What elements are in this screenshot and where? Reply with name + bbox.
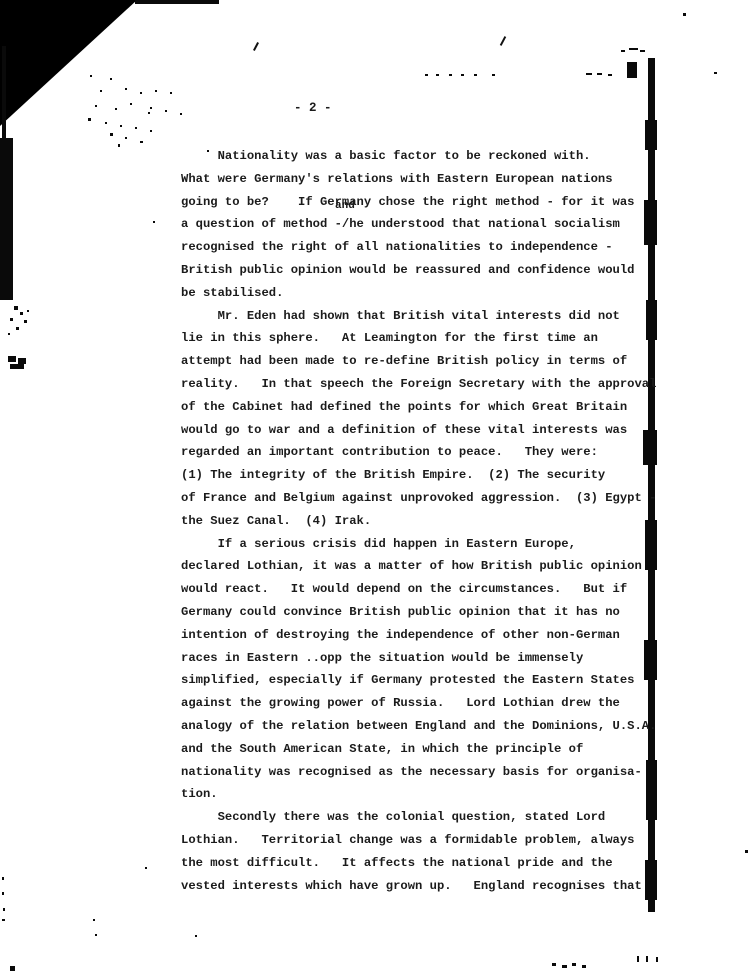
scan-speck — [436, 74, 439, 76]
scan-speck — [637, 956, 639, 962]
scan-speck — [8, 356, 16, 362]
document-body: Nationality was a basic factor to be rec… — [181, 145, 681, 897]
scan-speck — [150, 107, 152, 109]
scan-dash-mark — [621, 50, 625, 52]
scan-speck — [2, 892, 4, 895]
scan-speck — [88, 118, 91, 121]
scan-speck — [180, 113, 182, 115]
scan-speck — [145, 867, 147, 869]
text-line: recognised the right of all nationalitie… — [181, 236, 681, 259]
text-line: declared Lothian, it was a matter of how… — [181, 555, 681, 578]
scan-ink-blob — [627, 62, 637, 78]
scan-top-edge-strip — [135, 0, 219, 4]
scan-speck — [105, 122, 107, 124]
scan-speck — [24, 320, 27, 323]
scan-left-edge-bar — [0, 138, 13, 300]
text-line: would react. It would depend on the circ… — [181, 578, 681, 601]
text-line: of France and Belgium against unprovoked… — [181, 487, 681, 510]
scan-speck — [10, 966, 15, 971]
text-line: tion. — [181, 783, 681, 806]
scan-speck — [492, 74, 495, 76]
scan-speck — [16, 327, 19, 330]
scan-speck — [10, 318, 13, 321]
scan-speck — [745, 850, 748, 853]
scan-speck — [90, 75, 92, 77]
scan-slash-mark — [500, 36, 506, 46]
scan-speck — [93, 919, 95, 921]
text-line: of the Cabinet had defined the points fo… — [181, 396, 681, 419]
scan-speck — [140, 141, 143, 143]
text-line: against the growing power of Russia. Lor… — [181, 692, 681, 715]
scan-speck — [461, 74, 464, 76]
page-number: - 2 - — [294, 101, 332, 115]
scan-speck — [425, 74, 428, 76]
scan-speck — [449, 74, 452, 76]
scan-speck — [646, 956, 648, 962]
scan-speck — [110, 133, 113, 136]
scan-speck — [27, 310, 29, 312]
text-line: Mr. Eden had shown that British vital in… — [181, 305, 681, 328]
text-line: If a serious crisis did happen in Easter… — [181, 533, 681, 556]
scan-speck — [207, 150, 209, 152]
text-line: intention of destroying the independence… — [181, 624, 681, 647]
scan-speck — [125, 137, 127, 139]
scan-speck — [683, 13, 686, 16]
text-line: What were Germany's relations with Easte… — [181, 168, 681, 191]
scan-speck — [118, 144, 120, 147]
scan-left-edge-line — [2, 46, 6, 142]
text-line: be stabilised. — [181, 282, 681, 305]
text-line: going to be? If Germany chose the right … — [181, 191, 681, 214]
scan-speck — [562, 965, 567, 968]
scan-speck — [155, 90, 157, 92]
text-line: the most difficult. It affects the natio… — [181, 852, 681, 875]
scan-dash-mark — [640, 50, 645, 52]
text-line: simplified, especially if Germany protes… — [181, 669, 681, 692]
scan-speck — [130, 103, 132, 105]
scan-speck — [3, 908, 5, 911]
scan-speck — [597, 73, 602, 75]
scan-speck — [714, 72, 717, 74]
scan-speck — [10, 364, 24, 369]
scan-speck — [195, 935, 197, 937]
scan-speck — [552, 963, 556, 966]
scan-speck — [110, 78, 112, 80]
scan-dash-mark — [629, 48, 638, 50]
scan-speck — [100, 90, 102, 92]
text-line: (1) The integrity of the British Empire.… — [181, 464, 681, 487]
text-line: Secondly there was the colonial question… — [181, 806, 681, 829]
scan-speck — [115, 108, 117, 110]
scan-speck — [608, 74, 612, 76]
text-line: and the South American State, in which t… — [181, 738, 681, 761]
text-line: races in Eastern ..opp the situation wou… — [181, 647, 681, 670]
text-line: a question of method -/he understood tha… — [181, 213, 681, 236]
document-page: - 2 - Nationality was a basic factor to … — [0, 0, 750, 972]
scan-speck — [148, 112, 150, 114]
text-line: lie in this sphere. At Leamington for th… — [181, 327, 681, 350]
scan-speck — [170, 92, 172, 94]
text-line: reality. In that speech the Foreign Secr… — [181, 373, 681, 396]
scan-speck — [150, 130, 152, 132]
scan-speck — [586, 73, 592, 75]
text-line: Nationality was a basic factor to be rec… — [181, 145, 681, 168]
text-line: attempt had been made to re-define Briti… — [181, 350, 681, 373]
scan-speck — [135, 127, 137, 129]
scan-speck — [95, 934, 97, 936]
scan-speck — [2, 919, 5, 921]
scan-slash-mark — [253, 42, 259, 51]
text-line: analogy of the relation between England … — [181, 715, 681, 738]
text-line: British public opinion would be reassure… — [181, 259, 681, 282]
scan-speck — [140, 92, 142, 94]
inserted-word: and — [335, 200, 355, 212]
scan-speck — [8, 333, 10, 335]
text-line: Germany could convince British public op… — [181, 601, 681, 624]
scan-speck — [14, 306, 18, 310]
text-line: Lothian. Territorial change was a formid… — [181, 829, 681, 852]
scan-speck — [125, 88, 127, 90]
text-line: the Suez Canal. (4) Irak. — [181, 510, 681, 533]
scan-speck — [165, 110, 167, 112]
text-line: regarded an important contribution to pe… — [181, 441, 681, 464]
scan-speck — [20, 312, 23, 315]
text-line: would go to war and a definition of thes… — [181, 419, 681, 442]
scan-speck — [120, 125, 122, 127]
text-line: vested interests which have grown up. En… — [181, 875, 681, 898]
scan-speck — [656, 957, 658, 962]
scan-speck — [572, 963, 576, 966]
scan-speck — [2, 877, 4, 880]
scan-speck — [153, 221, 155, 223]
scan-speck — [582, 965, 586, 968]
scan-speck — [95, 105, 97, 107]
text-line: nationality was recognised as the necess… — [181, 761, 681, 784]
scan-speck — [474, 74, 477, 76]
